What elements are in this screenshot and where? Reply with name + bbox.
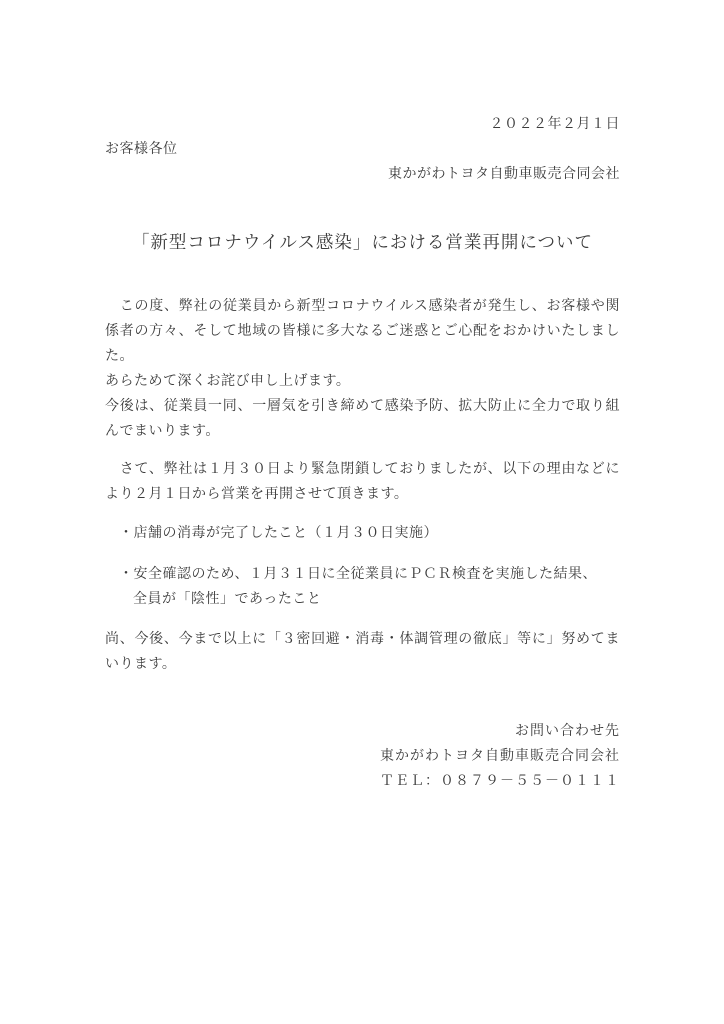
paragraph-line: 今後は、従業員一同、一層気を引き締めて感染予防、拡大防止に全力で取り組 [105,394,620,419]
paragraph-line: より２月１日から営業を再開させて頂きます。 [105,482,620,507]
paragraph-line: 尚、今後、今まで以上に「３密回避・消毒・体調管理の徹底」等に」努めてま [105,627,620,652]
paragraph-line: いります。 [105,652,620,677]
paragraph-line: た。 [105,344,620,369]
letter-document: ２０２２年２月１日 お客様各位 東かがわトヨタ自動車販売合同会社 「新型コロナウ… [0,0,724,1024]
letter-title: 「新型コロナウイルス感染」における営業再開について [105,227,620,257]
recipient: お客様各位 [105,137,620,162]
contact-block: お問い合わせ先 東かがわトヨタ自動車販売合同会社 ＴＥＬ：０８７９－５５－０１１… [105,719,620,794]
contact-label: お問い合わせ先 [105,719,620,744]
contact-company: 東かがわトヨタ自動車販売合同会社 [105,744,620,769]
letter-date: ２０２２年２月１日 [105,112,620,137]
paragraph-line: この度、弊社の従業員から新型コロナウイルス感染者が発生し、お客様や関 [105,294,620,319]
bullet-item-disinfection: ・店舗の消毒が完了したこと（１月３０日実施） [105,521,620,546]
paragraph-line: あらためて深くお詫び申し上げます。 [105,369,620,394]
paragraph-apology: この度、弊社の従業員から新型コロナウイルス感染者が発生し、お客様や関 係者の方々… [105,294,620,444]
paragraph-line: んでまいります。 [105,419,620,444]
paragraph-line: さて、弊社は１月３０日より緊急閉鎖しておりましたが、以下の理由などに [105,457,620,482]
paragraph-line: 係者の方々、そして地域の皆様に多大なるご迷惑とご心配をおかけいたしまし [105,319,620,344]
bullet-line: ・店舗の消毒が完了したこと（１月３０日実施） [105,521,620,546]
paragraph-closing: 尚、今後、今まで以上に「３密回避・消毒・体調管理の徹底」等に」努めてま いります… [105,627,620,677]
contact-tel: ＴＥＬ：０８７９－５５－０１１１ [105,769,620,794]
bullet-line: ・安全確認のため、１月３１日に全従業員にＰＣＲ検査を実施した結果、 [105,562,620,587]
bullet-line: 全員が「陰性」であったこと [105,587,620,612]
bullet-item-pcr-test: ・安全確認のため、１月３１日に全従業員にＰＣＲ検査を実施した結果、 全員が「陰性… [105,562,620,612]
sender-company: 東かがわトヨタ自動車販売合同会社 [105,162,620,187]
paragraph-reopening: さて、弊社は１月３０日より緊急閉鎖しておりましたが、以下の理由などに より２月１… [105,457,620,507]
